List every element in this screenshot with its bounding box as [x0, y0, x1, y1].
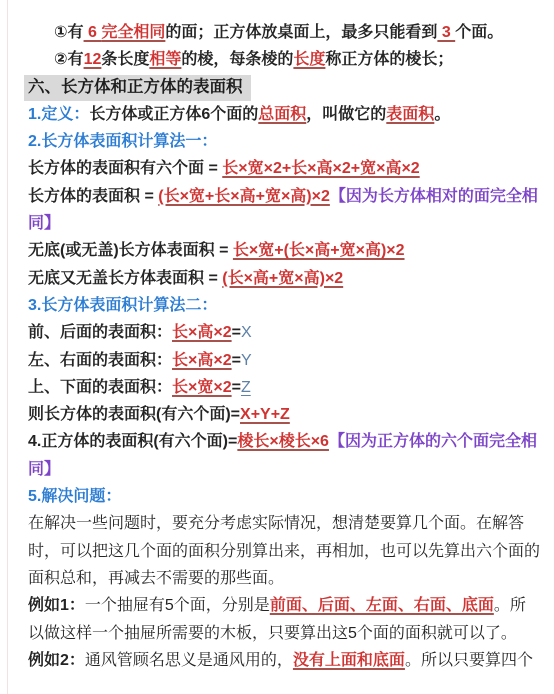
cube-surface-formula-wrap: 同】: [28, 456, 532, 483]
text-segment: 表面积: [386, 106, 434, 123]
paragraph-line-3: 面积总和，再减去不需要的那些面。: [28, 565, 532, 592]
text-segment: (长×宽+长×高+宽×高)×2: [158, 188, 330, 205]
text-segment: 个面。: [455, 24, 503, 41]
text-segment: 则长方体的表面积(有六个面)=: [28, 406, 240, 423]
text-segment: 12: [84, 51, 102, 68]
text-segment: 六、长方体和正方体的表面积: [28, 78, 243, 96]
text-segment: ①有: [54, 24, 84, 41]
text-segment: ，叫做它的: [306, 106, 386, 123]
text-segment: 通风管顾名思义是通风用的，: [85, 652, 293, 669]
text-segment: 的棱，每条棱的: [181, 51, 293, 68]
text-segment: 上、下面的表面积：: [28, 379, 172, 396]
text-segment: 例如2：: [28, 652, 85, 669]
text-segment: 同】: [28, 461, 60, 478]
text-segment: 条长度: [101, 51, 149, 68]
notes-page: ①有 6 完全相同的面；正方体放桌面上，最多只能看到 3 个面。②有12条长度相…: [0, 0, 554, 694]
example1-line-2: 以做这样一个抽屉所需要的木板，只要算出这5个面的面积就可以了。: [28, 620, 532, 647]
definition-line: 1.定义：长方体或正方体6个面的总面积，叫做它的表面积。: [28, 101, 532, 128]
top-bottom-area: 上、下面的表面积：长×宽×2=Z: [28, 374, 532, 401]
text-segment: 5.解决问题：: [28, 488, 121, 505]
text-segment: 。所以只要算四个: [405, 652, 533, 669]
text-segment: 总面积: [258, 106, 306, 123]
text-segment: 长方体或正方体6个面的: [89, 106, 258, 123]
notes-lines-container: ①有 6 完全相同的面；正方体放桌面上，最多只能看到 3 个面。②有12条长度相…: [28, 19, 532, 674]
text-segment: 在解决一些问题时，要充分考虑实际情况，想清楚要算几个面。在解答: [28, 515, 524, 532]
text-segment: 长×高×2: [172, 352, 232, 369]
text-segment: X: [241, 324, 252, 341]
paragraph-line-1: 在解决一些问题时，要充分考虑实际情况，想清楚要算几个面。在解答: [28, 510, 532, 537]
text-segment: 例如1：: [28, 597, 85, 614]
text-segment: 4.正方体的表面积(有六个面)=: [28, 433, 237, 450]
formula-six-faces: 长方体的表面积有六个面 = 长×宽×2+长×高×2+宽×高×2: [28, 155, 532, 182]
text-segment: 没有上面和底面: [293, 652, 405, 669]
text-segment: 6: [84, 24, 102, 41]
front-back-area: 前、后面的表面积：长×高×2=X: [28, 319, 532, 346]
method1-heading: 2.长方体表面积计算法一：: [28, 128, 532, 155]
method2-heading: 3.长方体表面积计算法二：: [28, 292, 532, 319]
text-segment: 前、后面的表面积：: [28, 324, 172, 341]
cube-note-1: ①有 6 完全相同的面；正方体放桌面上，最多只能看到 3 个面。: [28, 19, 532, 46]
text-segment: 棱长×棱长×6: [237, 433, 329, 450]
section-heading-highlight: 六、长方体和正方体的表面积: [24, 75, 251, 101]
text-segment: 一个抽屉有5个面，分别是: [85, 597, 270, 614]
formula-surface-area-wrap: 同】: [28, 210, 532, 237]
text-segment: 长方体的表面积有六个面 =: [28, 160, 222, 177]
total-xyz: 则长方体的表面积(有六个面)=X+Y+Z: [28, 401, 532, 428]
text-segment: 长度: [293, 51, 325, 68]
problem-solving-heading: 5.解决问题：: [28, 483, 532, 510]
text-segment: 左、右面的表面积：: [28, 352, 172, 369]
text-segment: Y: [241, 352, 252, 369]
text-segment: 长×宽×2+长×高×2+宽×高×2: [222, 160, 419, 177]
text-segment: 相等: [149, 51, 181, 68]
text-segment: ②有: [54, 51, 84, 68]
text-segment: 面积总和，再减去不需要的那些面。: [28, 570, 284, 587]
text-segment: 3.长方体表面积计算法二：: [28, 297, 217, 314]
example2-line: 例如2：通风管顾名思义是通风用的，没有上面和底面。所以只要算四个: [28, 647, 532, 674]
text-segment: 。: [434, 106, 450, 123]
text-segment: 【因为长方体相对的面完全相: [330, 188, 538, 205]
cube-surface-formula: 4.正方体的表面积(有六个面)=棱长×棱长×6【因为正方体的六个面完全相: [28, 428, 532, 455]
text-segment: 的面；正方体放桌面上，最多只能看到: [165, 24, 437, 41]
formula-surface-area: 长方体的表面积 = (长×宽+长×高+宽×高)×2【因为长方体相对的面完全相: [28, 183, 532, 210]
formula-no-bottom: 无底(或无盖)长方体表面积 = 长×宽+(长×高+宽×高)×2: [28, 237, 532, 264]
section-heading: 六、长方体和正方体的表面积: [28, 74, 532, 101]
text-segment: 【因为正方体的六个面完全相: [329, 433, 537, 450]
text-segment: 3: [437, 24, 455, 41]
text-segment: =: [232, 352, 241, 369]
text-segment: 长方体的表面积 =: [28, 188, 158, 205]
paragraph-line-2: 时，可以把这几个面的面积分别算出来，再相加，也可以先算出六个面的: [28, 538, 532, 565]
text-segment: 2.长方体表面积计算法一：: [28, 133, 217, 150]
text-segment: =: [232, 379, 241, 396]
text-segment: 1.定义：: [28, 106, 89, 123]
text-segment: 无底(或无盖)长方体表面积 =: [28, 242, 233, 259]
text-segment: 长×宽×2: [172, 379, 232, 396]
text-segment: 同】: [28, 215, 60, 232]
text-segment: 以做这样一个抽屉所需要的木板，只要算出这5个面的面积就可以了。: [28, 625, 517, 642]
text-segment: 前面、后面、左面、右面、底面: [270, 597, 494, 614]
text-segment: Z: [241, 379, 251, 396]
text-segment: 长×高×2: [172, 324, 232, 341]
text-segment: 时，可以把这几个面的面积分别算出来，再相加，也可以先算出六个面的: [28, 543, 540, 560]
cube-note-2: ②有12条长度相等的棱，每条棱的长度称正方体的棱长；: [28, 46, 532, 73]
text-segment: X+Y+Z: [240, 406, 290, 423]
example1-line-1: 例如1：一个抽屉有5个面，分别是前面、后面、左面、右面、底面。所: [28, 592, 532, 619]
text-segment: (长×高+宽×高)×2: [222, 270, 343, 287]
text-segment: 完全相同: [101, 24, 165, 41]
text-segment: 长×宽+(长×高+宽×高)×2: [233, 242, 405, 259]
text-segment: 称正方体的棱长；: [325, 51, 453, 68]
formula-no-top-bottom: 无底又无盖长方体表面积 = (长×高+宽×高)×2: [28, 265, 532, 292]
text-segment: 。所: [494, 597, 526, 614]
text-segment: =: [232, 324, 241, 341]
text-segment: 无底又无盖长方体表面积 =: [28, 270, 222, 287]
left-right-area: 左、右面的表面积：长×高×2=Y: [28, 347, 532, 374]
